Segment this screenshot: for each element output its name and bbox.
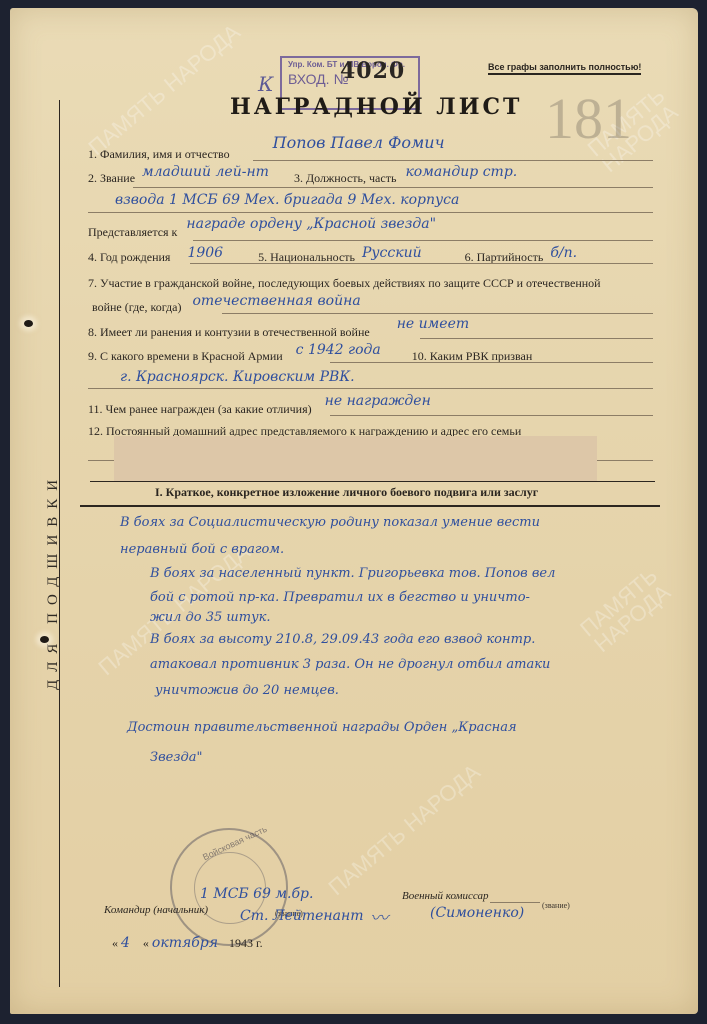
story-line: Звезда"	[150, 750, 202, 765]
field-label: 4. Год рождения	[88, 250, 170, 264]
field-value: взвода 1 МСБ 69 Мех. бригада 9 Мех. корп…	[115, 192, 459, 208]
instruction-note: Все графы заполнить полностью!	[488, 62, 641, 75]
story-line: В боях за Социалистическую родину показа…	[120, 515, 540, 530]
spine-label: ДЛЯ ПОДШИВКИ	[45, 400, 65, 690]
stamp-initial: К	[258, 72, 273, 96]
field-label: 1. Фамилия, имя и отчество	[88, 147, 230, 161]
field-label: 11. Чем ранее награжден (за какие отличи…	[88, 402, 312, 416]
field-value: 1906	[187, 245, 223, 261]
story-line: жил до 35 штук.	[150, 610, 271, 625]
section-title: I. Краткое, конкретное изложение личного…	[155, 485, 538, 500]
field-value: не награжден	[325, 393, 431, 409]
date: « 4 « октября 1943 г.	[112, 935, 263, 951]
field-value: награде ордену „Красной звезда"	[186, 216, 436, 232]
field-value: Русский	[362, 245, 422, 261]
section-divider	[80, 505, 660, 507]
story-line: В боях за высоту 210.8, 29.09.43 года ег…	[150, 632, 535, 647]
field-label: войне (где, когда)	[92, 300, 181, 314]
fill-line	[133, 187, 653, 188]
fill-line	[490, 902, 540, 903]
signature-name: (Симоненко)	[430, 905, 524, 921]
story-line: Достоин правительственной награды Орден …	[127, 720, 517, 735]
commander-unit: 1 МСБ 69 м.бр.	[200, 886, 313, 902]
field-position-cont: взвода 1 МСБ 69 Мех. бригада 9 Мех. корп…	[115, 192, 459, 208]
commissar-label: Военный комиссар	[402, 890, 489, 902]
field-label: 8. Имеет ли ранения и контузии в отечест…	[88, 325, 370, 339]
field-value: не имеет	[397, 316, 469, 332]
fill-line	[253, 160, 653, 161]
field-label: 10. Каким РВК призван	[412, 349, 533, 363]
field-label: 3. Должность, часть	[294, 171, 396, 185]
field-label: 2. Звание	[88, 171, 135, 185]
field-value: г. Красноярск. Кировским РВК.	[120, 369, 355, 385]
stamp-entry-number: 4020	[340, 58, 405, 84]
field-rank-position: 2. Звание младший лей-нт 3. Должность, ч…	[88, 170, 517, 186]
fill-line	[88, 388, 653, 389]
field-label: Представляется к	[88, 225, 177, 239]
field-value: младший лей-нт	[142, 164, 269, 180]
fill-line	[420, 338, 653, 339]
story-line: В боях за населенный пункт. Григорьевка …	[150, 566, 555, 581]
field-label: 6. Партийность	[465, 250, 544, 264]
field-label: 7. Участие в гражданской войне, последую…	[88, 276, 601, 290]
field-value: с 1942 года	[296, 342, 381, 358]
fill-line	[330, 362, 653, 363]
fill-line	[193, 240, 653, 241]
pencil-number: 181	[545, 85, 632, 152]
story-line: атаковал противник 3 раза. Он не дрогнул…	[150, 657, 550, 672]
date-month: октября	[152, 935, 218, 951]
story-line: неравный бой с врагом.	[120, 542, 284, 557]
fill-line	[330, 415, 653, 416]
fill-line	[222, 313, 653, 314]
commander-rank: Ст. Лейтенант	[240, 908, 364, 924]
fill-line	[190, 263, 653, 264]
signature: 〰	[370, 904, 388, 930]
field-nominated: Представляется к награде ордену „Красной…	[88, 224, 436, 240]
section-divider	[90, 481, 655, 482]
date-year: 1943	[229, 936, 253, 950]
punch-hole	[40, 636, 49, 643]
commander-label: Командир (начальник)	[104, 904, 208, 916]
field-wounds: 8. Имеет ли ранения и контузии в отечест…	[88, 324, 469, 340]
field-label: 5. Национальность	[258, 250, 355, 264]
field-label: 9. С какого времени в Красной Армии	[88, 349, 283, 363]
field-value: Попов Павел Фомич	[273, 133, 445, 152]
story-line: бой с ротой пр-ка. Превратил их в бегств…	[150, 590, 530, 605]
page-title: НАГРАДНОЙ ЛИСТ	[230, 94, 522, 120]
field-rvk-value: г. Красноярск. Кировским РВК.	[120, 369, 355, 385]
story-line: уничтожив до 20 немцев.	[155, 683, 339, 698]
punch-hole	[24, 320, 33, 327]
field-value: командир стр.	[405, 164, 517, 180]
field-participation: 7. Участие в гражданской войне, последую…	[88, 276, 601, 291]
field-value: б/п.	[550, 245, 577, 261]
date-day: 4	[121, 935, 130, 951]
fill-line	[88, 212, 653, 213]
commissar-rank-caption: (звание)	[542, 901, 570, 910]
redacted-address	[114, 436, 597, 482]
field-value: отечественная война	[192, 293, 360, 309]
